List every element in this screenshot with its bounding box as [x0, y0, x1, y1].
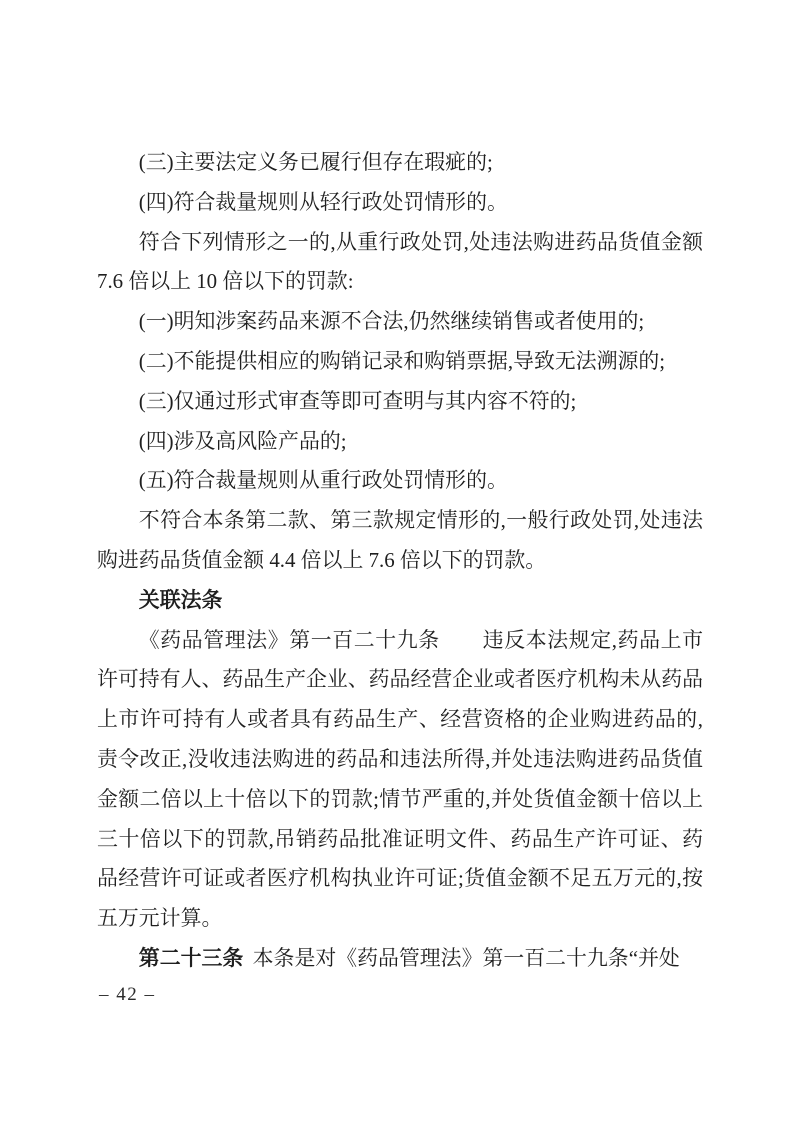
mitigating-item-3: (三)主要法定义务已履行但存在瑕疵的;: [97, 143, 703, 183]
aggravating-item-3: (三)仅通过形式审查等即可查明与其内容不符的;: [97, 382, 703, 422]
aggravating-item-4: (四)涉及高风险产品的;: [97, 422, 703, 462]
aggravating-item-1: (一)明知涉案药品来源不合法,仍然继续销售或者使用的;: [97, 302, 703, 342]
law-quote-paragraph: 《药品管理法》第一百二十九条 违反本法规定,药品上市许可持有人、药品生产企业、药…: [97, 621, 703, 939]
related-articles-heading: 关联法条: [97, 581, 703, 621]
page-number: – 42 –: [99, 982, 156, 1008]
article-23-text: 本条是对《药品管理法》第一百二十九条“并处: [253, 946, 680, 970]
mitigating-item-4: (四)符合裁量规则从轻行政处罚情形的。: [97, 183, 703, 223]
aggravating-intro-paragraph: 符合下列情形之一的,从重行政处罚,处违法购进药品货值金额 7.6 倍以上 10 …: [97, 223, 703, 303]
article-23-paragraph: 第二十三条本条是对《药品管理法》第一百二十九条“并处: [97, 939, 703, 979]
aggravating-item-2: (二)不能提供相应的购销记录和购销票据,导致无法溯源的;: [97, 342, 703, 382]
document-page: (三)主要法定义务已履行但存在瑕疵的; (四)符合裁量规则从轻行政处罚情形的。 …: [0, 0, 793, 1122]
article-23-number: 第二十三条: [139, 946, 243, 970]
general-penalty-paragraph: 不符合本条第二款、第三款规定情形的,一般行政处罚,处违法购进药品货值金额 4.4…: [97, 501, 703, 581]
page-content: (三)主要法定义务已履行但存在瑕疵的; (四)符合裁量规则从轻行政处罚情形的。 …: [97, 143, 703, 979]
aggravating-item-5: (五)符合裁量规则从重行政处罚情形的。: [97, 461, 703, 501]
